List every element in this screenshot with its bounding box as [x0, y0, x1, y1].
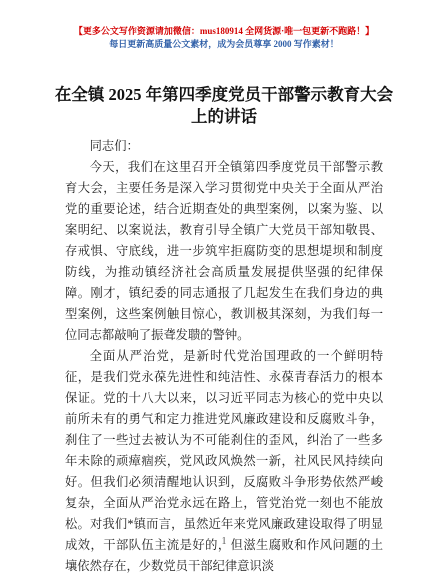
- document-title-line-1: 在全镇 2025 年第四季度党员干部警示教育大会: [0, 84, 448, 106]
- paragraph-1: 今天，我们在这里召开全镇第四季度党员干部警示教育大会，主要任务是深入学习贯彻党中…: [65, 157, 383, 346]
- promo-line-red: 【更多公文写作资源请加微信：mus180914 全网货源·唯一包更新不跑路！】: [0, 25, 448, 38]
- document-title: 在全镇 2025 年第四季度党员干部警示教育大会 上的讲话: [0, 84, 448, 128]
- salutation: 同志们：: [65, 136, 383, 157]
- document-title-line-2: 上的讲话: [0, 106, 448, 128]
- page-footer: 1: [0, 536, 448, 547]
- document-body: 同志们： 今天，我们在这里召开全镇第四季度党员干部警示教育大会，主要任务是深入学…: [65, 136, 383, 577]
- promo-header: 【更多公文写作资源请加微信：mus180914 全网货源·唯一包更新不跑路！】 …: [0, 0, 448, 51]
- promo-line-blue: 每日更新高质量公文素材，成为会员尊享 2000 写作素材！: [0, 38, 448, 51]
- document-page: 【更多公文写作资源请加微信：mus180914 全网货源·唯一包更新不跑路！】 …: [0, 0, 448, 580]
- page-number: 1: [222, 536, 227, 547]
